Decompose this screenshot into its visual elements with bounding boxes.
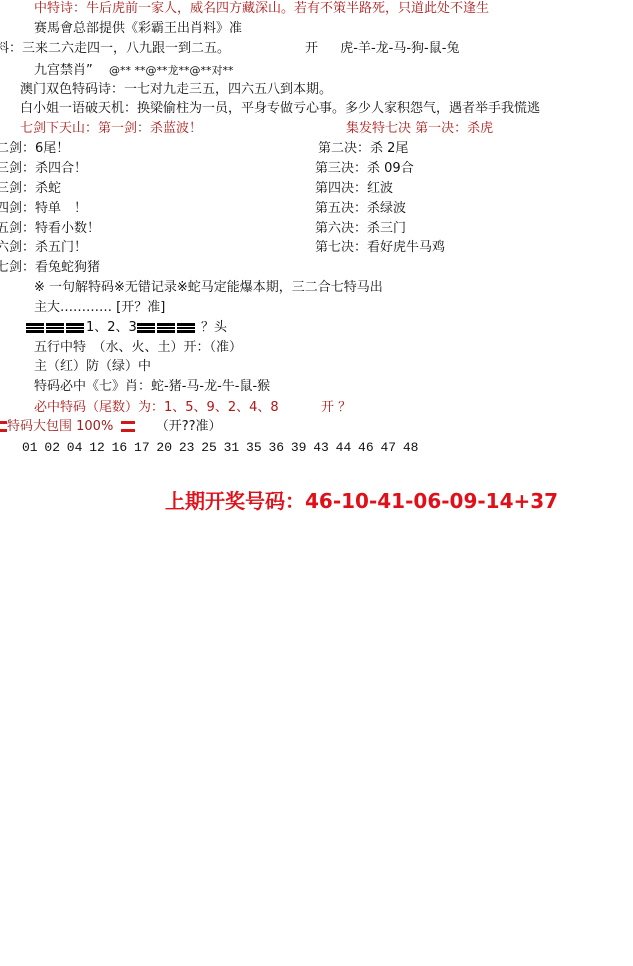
list-item: 第五决：杀绿波 [315, 200, 406, 218]
sword-value: 特单 ！ [35, 201, 87, 216]
sword-label: 三剑： [0, 181, 35, 196]
trick-label: 第二决： [318, 141, 370, 156]
list-item: 第三决：杀 09合 [315, 160, 414, 178]
black-bar-icon [46, 323, 64, 333]
list-item: 第七决：看好虎牛马鸡 [315, 239, 445, 257]
sword-value: 杀四合！ [35, 161, 87, 176]
macau-poem-text: 一七对九走三五，四六五八到本期。 [124, 82, 332, 97]
head-suffix: ？头 [201, 320, 227, 335]
nine-palace-label: 九宫禁肖” [34, 63, 93, 78]
trick-value: 杀三门 [367, 221, 406, 236]
tail-numbers-line: 必中特码（尾数）为：1、5、9、2、4、8 开 ？ [34, 399, 351, 417]
main-big-tip: 主大………… [开？准] [34, 299, 165, 317]
sword-label: 二剑： [0, 141, 35, 156]
miss-bai-text: 换梁偷柱为一员，平身专做亏心事。多少人家积怨气，遇者举手我慌逃 [137, 101, 540, 116]
black-bar-icon [66, 323, 84, 333]
seven-swords-title: 七剑下天山：第一剑：杀蓝波！ [20, 120, 202, 138]
poem-text: 牛后虎前一家人，威名四方藏深山。若有不策半路死，只道此处不逢生 [86, 1, 489, 16]
sword-label: 七剑： [0, 260, 35, 275]
poem-line: 中特诗：牛后虎前一家人，威名四方藏深山。若有不策半路死，只道此处不逢生 [34, 0, 489, 18]
tail-numbers: 1、5、9、2、4、8 [164, 400, 279, 415]
list-item: 二剑：6尾！ [0, 140, 69, 158]
list-item: 三剑：杀蛇 [0, 180, 61, 198]
list-item: 第四决：红波 [315, 180, 393, 198]
nine-palace-code: @** **@**龙**@**对** [109, 64, 234, 77]
sword-value: 特看小数！ [35, 221, 100, 236]
trick-label: 第五决： [315, 201, 367, 216]
poem-label: 中特诗： [34, 1, 86, 16]
five-elements-tip: 五行中特 （水、火、土）开：（准） [34, 339, 242, 357]
tail-open: 开 ？ [321, 400, 351, 415]
macau-poem-line: 澳门双色特码诗：一七对九走三五，四六五八到本期。 [20, 81, 332, 99]
list-item: 七剑：看兔蛇狗猪 [0, 259, 100, 277]
list-item: 六剑：杀五门！ [0, 239, 87, 257]
riddle-line: 料：三来二六走四一，八九跟一到二五。 [0, 40, 230, 58]
macau-poem-label: 澳门双色特码诗： [20, 82, 124, 97]
sword-value: 看兔蛇狗猪 [35, 260, 100, 275]
seven-tricks-title: 集发特七决 第一决：杀虎 [346, 120, 493, 138]
black-bar-icon [157, 323, 175, 333]
trick-value: 杀绿波 [367, 201, 406, 216]
red-bar-icon [0, 421, 7, 432]
open-zodiac-line: 开 虎-羊-龙-马-狗-鼠-兔 [305, 40, 459, 58]
list-item: 三剑：杀四合！ [0, 160, 87, 178]
riddle-text: 三来二六走四一，八九跟一到二五。 [22, 41, 230, 56]
sword-value: 杀蛇 [35, 181, 61, 196]
list-item: 四剑：特单 ！ [0, 200, 87, 218]
package-numbers: 01 02 04 12 16 17 20 23 25 31 35 36 39 4… [22, 439, 418, 457]
head-numbers: 1、2、3 [86, 320, 137, 335]
list-item: 五剑：特看小数！ [0, 220, 100, 238]
last-draw-label: 上期开奖号码： [165, 489, 305, 513]
nine-palace-line: 九宫禁肖” @** **@**龙**@**对** [34, 62, 234, 80]
trick-label: 第三决： [315, 161, 367, 176]
special-zodiac-tip: 特码必中《七》肖：蛇-猪-马-龙-牛-鼠-猴 [34, 378, 270, 396]
head-numbers-line: 1、2、3 ？头 [26, 319, 227, 337]
miss-bai-line: 白小姐一语破天机：换梁偷柱为一员，平身专做亏心事。多少人家积怨气，遇者举手我慌逃 [20, 100, 540, 118]
black-bar-icon [137, 323, 155, 333]
one-sentence-tip: ※ 一句解特码※无错记录※蛇马定能爆本期，三二合七特马出 [34, 279, 383, 297]
sword-label: 四剑： [0, 201, 35, 216]
trick-label: 第六决： [315, 221, 367, 236]
sword-value: 杀五门！ [35, 240, 87, 255]
zodiac-open: 虎-羊-龙-马-狗-鼠-兔 [340, 41, 459, 56]
sword-label: 五剑： [0, 221, 35, 236]
sword-label: 三剑： [0, 161, 35, 176]
riddle-prefix: 料： [0, 41, 22, 56]
list-item: 第六决：杀三门 [315, 220, 406, 238]
package-status: （开??准） [156, 419, 222, 434]
trick-value: 看好虎牛马鸡 [367, 240, 445, 255]
package-label: 特码大包围 100% [7, 419, 113, 434]
black-bar-icon [177, 323, 195, 333]
trick-value: 红波 [367, 181, 393, 196]
red-bar-icon [121, 421, 135, 432]
trick-value: 杀 2尾 [370, 141, 408, 156]
trick-label: 第七决： [315, 240, 367, 255]
trick-value: 杀 09合 [367, 161, 414, 176]
sword-value: 6尾！ [35, 141, 69, 156]
list-item: 第二决：杀 2尾 [318, 140, 408, 158]
tail-numbers-label: 必中特码（尾数）为： [34, 400, 164, 415]
last-draw-line: 上期开奖号码：46-10-41-06-09-14+37 [165, 485, 558, 514]
trick-label: 第四决： [315, 181, 367, 196]
black-bar-icon [26, 323, 44, 333]
last-draw-numbers: 46-10-41-06-09-14+37 [305, 489, 558, 513]
open-label: 开 [305, 41, 318, 56]
miss-bai-label: 白小姐一语破天机： [20, 101, 137, 116]
main-color-tip: 主（红）防（绿）中 [34, 358, 151, 376]
provider-line: 赛馬會总部提供《彩霸王出肖料》准 [34, 20, 242, 38]
package-line: 特码大包围 100% （开??准） [0, 418, 222, 436]
sword-label: 六剑： [0, 240, 35, 255]
